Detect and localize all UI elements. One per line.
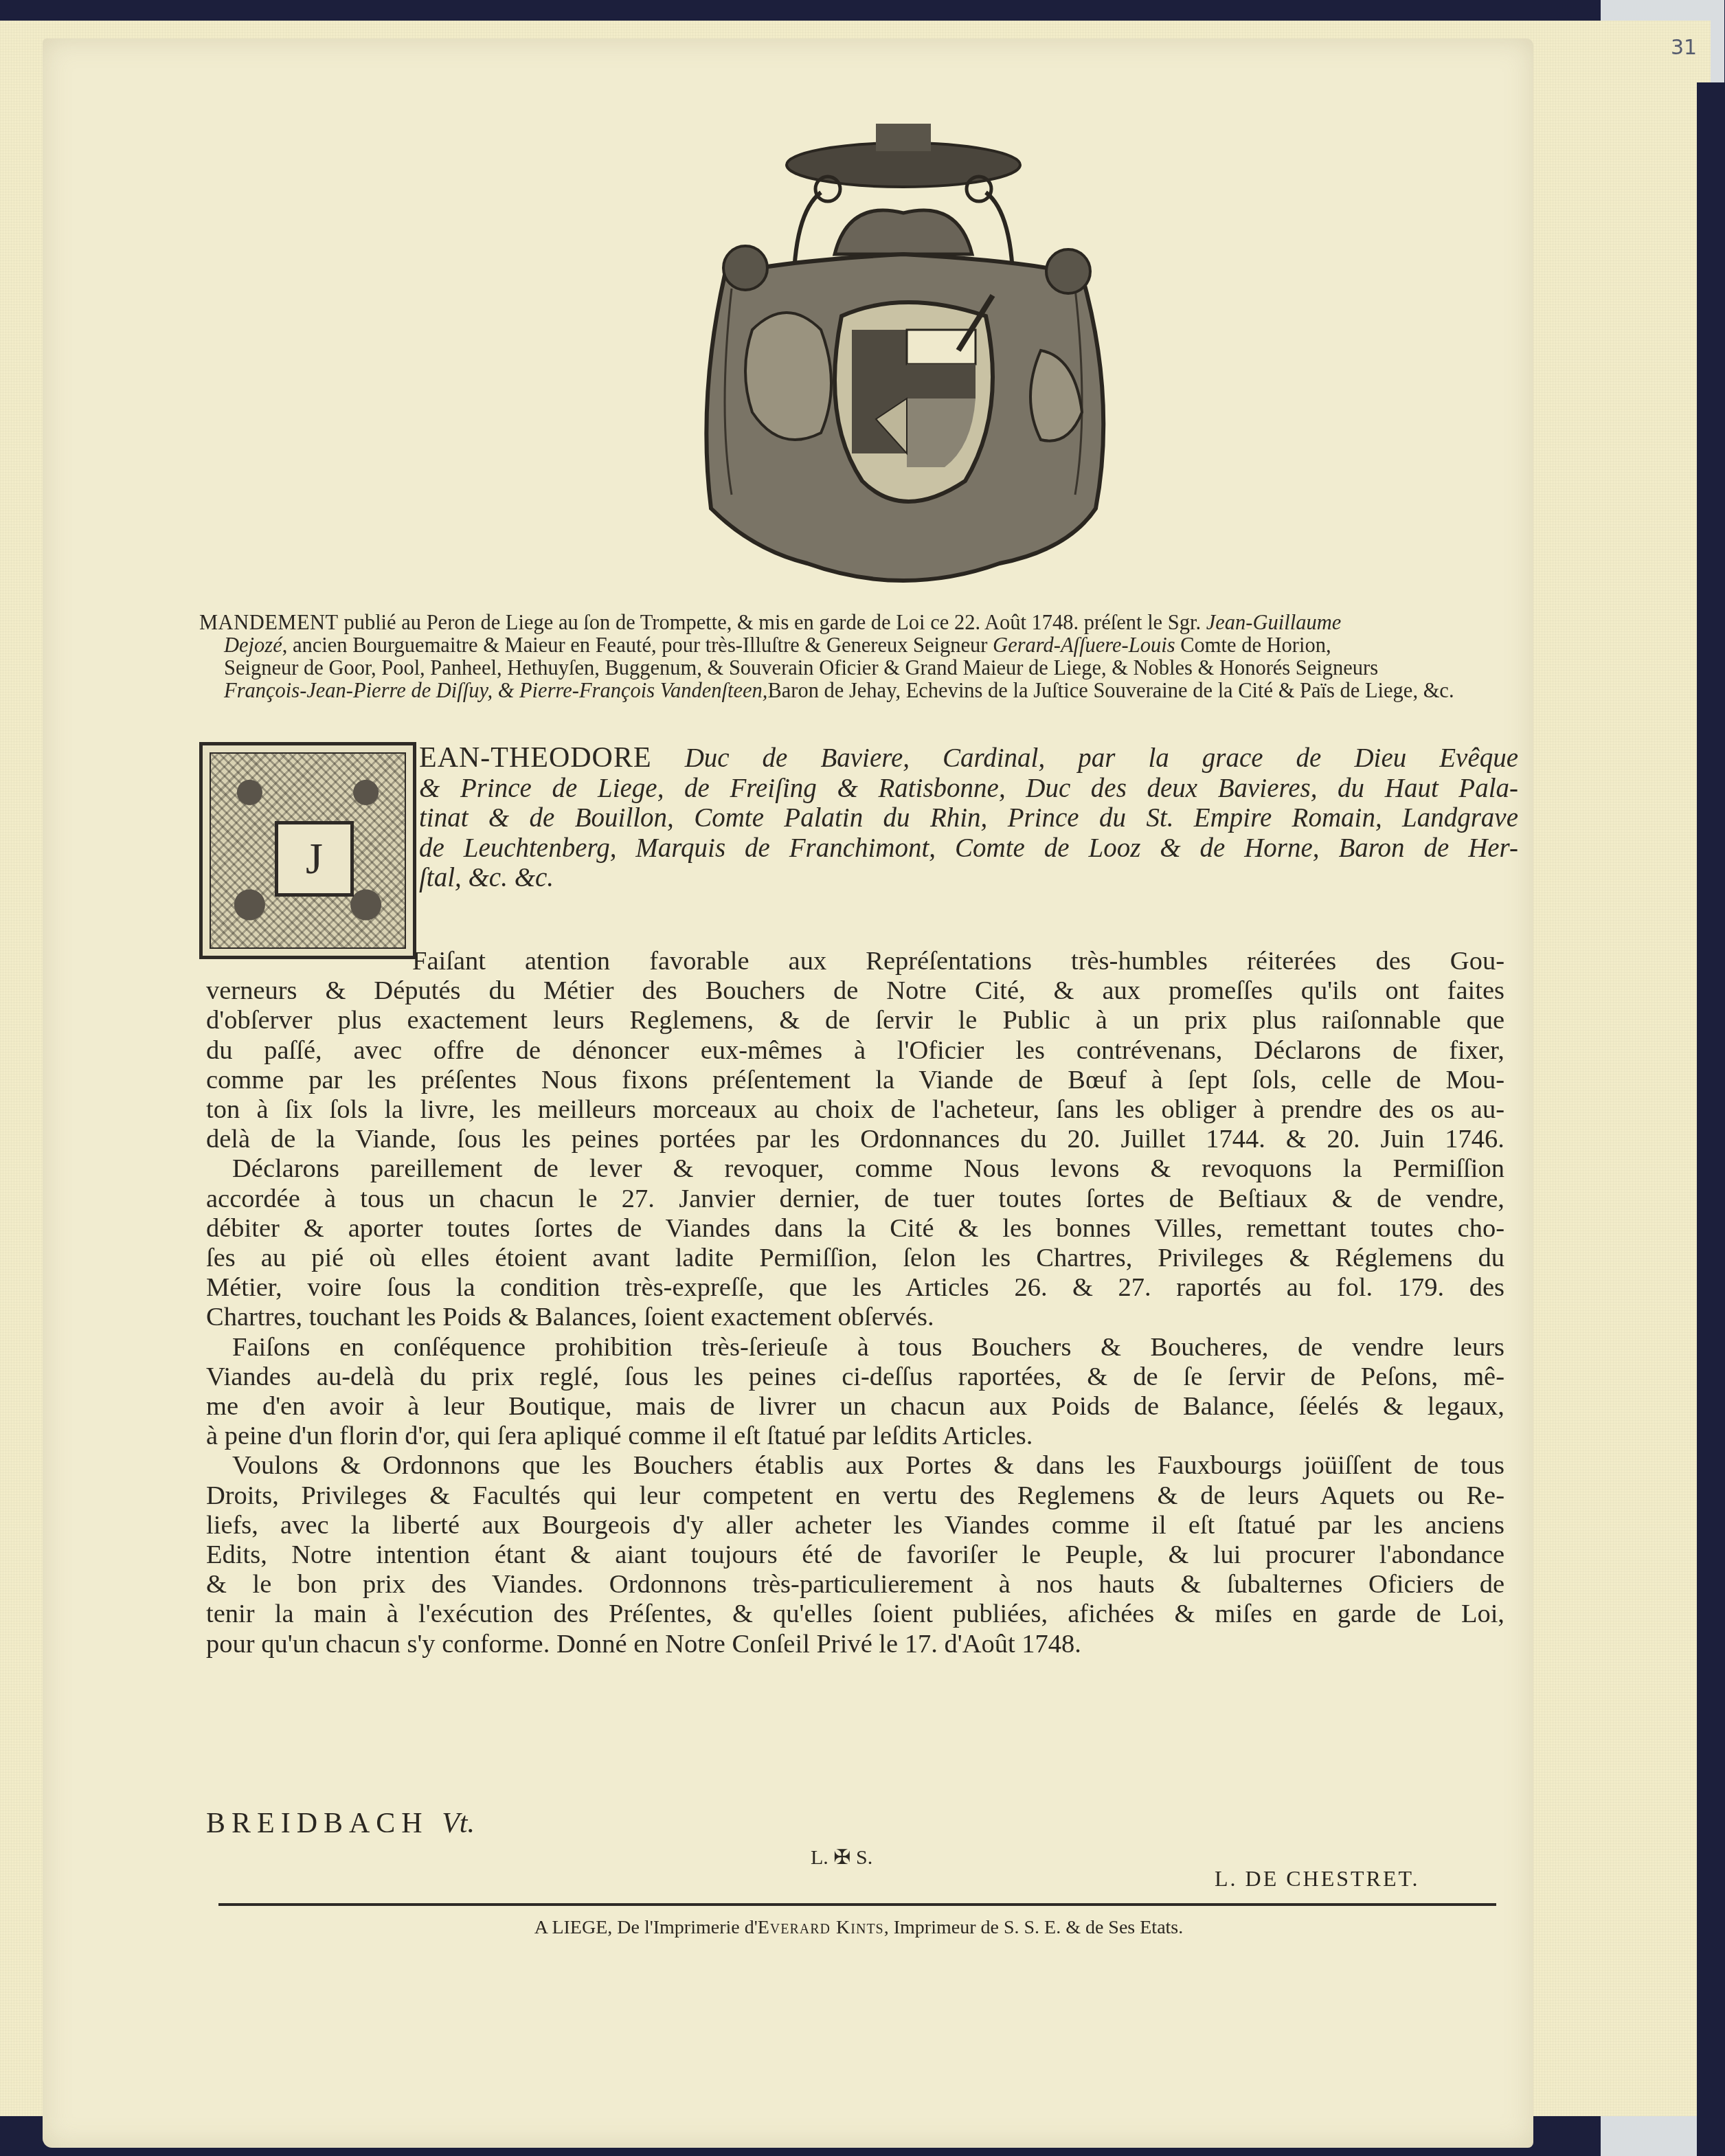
body-line: débiter & aporter toutes ſortes de Viand…: [206, 1214, 1504, 1244]
header-line-3: Seigneur de Goor, Pool, Panheel, Hethuyſ…: [199, 657, 1504, 680]
body-line: tenir la main à l'exécution des Préſente…: [206, 1599, 1504, 1629]
printer-imprint: A LIEGE, De l'Imprimerie d'Everard Kints…: [240, 1917, 1477, 1939]
decorative-initial: J: [199, 742, 416, 959]
signature-breidbach: BREIDBACH Vt.: [206, 1807, 475, 1840]
signature-chestret: L. DE CHESTRET.: [1215, 1866, 1420, 1891]
body-line: Métier, voire ſous la condition très-exp…: [206, 1273, 1504, 1303]
intro-titles: EAN-THEODORE Duc de Baviere, Cardinal, p…: [419, 743, 1518, 893]
intro-line: tinat & de Bouillon, Comte Palatin du Rh…: [419, 803, 1518, 833]
body-line: & le bon prix des Viandes. Ordonnons trè…: [206, 1570, 1504, 1599]
body-line: accordée à tous un chacun le 27. Janvier…: [206, 1184, 1504, 1214]
body-line: Faiſons en conſéquence prohibition très-…: [206, 1333, 1504, 1362]
body-line: d'obſerver plus exactement leurs Regleme…: [206, 1006, 1504, 1035]
body-line: ſes au pié où elles étoient avant ladite…: [206, 1244, 1504, 1273]
body-line: Droits, Privileges & Facultés qui leur c…: [206, 1481, 1504, 1511]
body-line: me d'en avoir à leur Boutique, mais de l…: [206, 1392, 1504, 1422]
body-line: Voulons & Ordonnons que les Bouchers éta…: [206, 1451, 1504, 1481]
initial-letter: J: [275, 821, 354, 897]
coat-of-arms-illustration: [670, 124, 1137, 598]
mount-board-edge: [1697, 82, 1725, 2156]
body-line: Chartres, touchant les Poids & Balances,…: [206, 1303, 1504, 1332]
header-line-2: Dejozé, ancien Bourguemaitre & Maieur en…: [199, 634, 1504, 657]
page-number: 31: [1671, 36, 1697, 60]
header-line-1: MANDEMENT publié au Peron de Liege au ſo…: [199, 611, 1504, 634]
name-caps: EAN-THEODORE: [419, 742, 652, 774]
divider-rule: [218, 1903, 1496, 1906]
intro-line: & Prince de Liege, de Freiſing & Ratisbo…: [419, 774, 1518, 804]
intro-line: ſtal, &c. &c.: [419, 863, 1518, 893]
decree-body: Faiſant atention favorable aux Repréſent…: [206, 947, 1504, 1659]
printer-name: Everard Kints: [758, 1917, 884, 1938]
mandement-title: MANDEMENT: [199, 611, 339, 634]
coat-of-arms-icon: [670, 124, 1137, 598]
body-line: ton à ſix ſols la livre, les meilleurs m…: [206, 1095, 1504, 1125]
seal-mark: L. ✠ S.: [811, 1845, 872, 1869]
intro-line: de Leuchtenberg, Marquis de Franchimont,…: [419, 833, 1518, 864]
body-line: du paſſé, avec offre de dénoncer eux-mêm…: [206, 1036, 1504, 1066]
body-line: verneurs & Députés du Métier des Boucher…: [206, 976, 1504, 1006]
body-line: delà de la Viande, ſous les peines porté…: [206, 1125, 1504, 1154]
header-line-4: François-Jean-Pierre de Diſſuy, & Pierre…: [199, 680, 1504, 702]
intro-line: EAN-THEODORE Duc de Baviere, Cardinal, p…: [419, 743, 1518, 774]
body-line: comme par les préſentes Nous fixons préſ…: [206, 1066, 1504, 1095]
body-line: à peine d'un florin d'or, qui ſera apliq…: [206, 1422, 1504, 1451]
body-line: liefs, avec la liberté aux Bourgeois d'y…: [206, 1511, 1504, 1540]
mandement-header: MANDEMENT publié au Peron de Liege au ſo…: [199, 611, 1504, 702]
body-line: Viandes au-delà du prix reglé, ſous les …: [206, 1362, 1504, 1392]
body-line: Edits, Notre intention étant & aiant tou…: [206, 1540, 1504, 1570]
body-line: Déclarons pareillement de lever & revoqu…: [206, 1154, 1504, 1184]
body-line: pour qu'un chacun s'y conforme. Donné en…: [206, 1630, 1504, 1659]
body-line: Faiſant atention favorable aux Repréſent…: [206, 947, 1504, 976]
